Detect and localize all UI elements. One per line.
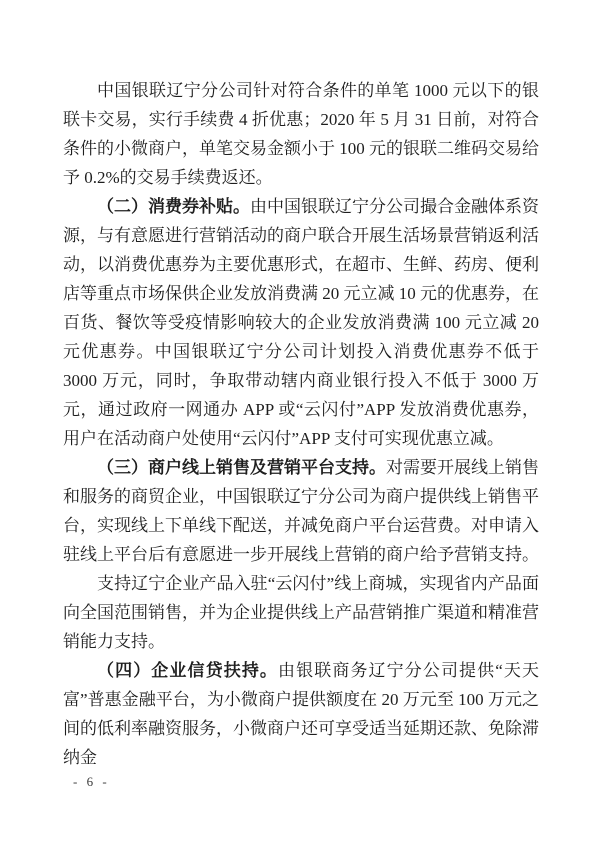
- paragraph-text: 中国银联辽宁分公司针对符合条件的单笔 1000 元以下的银联卡交易，实行手续费 …: [63, 81, 539, 187]
- paragraph-lead: （三）商户线上销售及营销平台支持。: [97, 458, 386, 477]
- page-number: - 6 -: [73, 774, 110, 790]
- paragraph-text: 支持辽宁企业产品入驻“云闪付”线上商城，实现省内产品面向全国范围销售，并为企业提…: [63, 574, 539, 651]
- paragraph-online-mall: 支持辽宁企业产品入驻“云闪付”线上商城，实现省内产品面向全国范围销售，并为企业提…: [63, 569, 539, 656]
- document-page: 中国银联辽宁分公司针对符合条件的单笔 1000 元以下的银联卡交易，实行手续费 …: [0, 0, 600, 854]
- paragraph-coupon-subsidy: （二）消费券补贴。由中国银联辽宁分公司撮合金融体系资源，与有意愿进行营销活动的商…: [63, 192, 539, 453]
- document-body: 中国银联辽宁分公司针对符合条件的单笔 1000 元以下的银联卡交易，实行手续费 …: [63, 76, 539, 772]
- paragraph-credit-support: （四）企业信贷扶持。由银联商务辽宁分公司提供“天天富”普惠金融平台，为小微商户提…: [63, 656, 539, 772]
- paragraph-online-sales-support: （三）商户线上销售及营销平台支持。对需要开展线上销售和服务的商贸企业，中国银联辽…: [63, 453, 539, 569]
- paragraph-lead: （二）消费券补贴。: [97, 197, 250, 216]
- paragraph-text: 由中国银联辽宁分公司撮合金融体系资源，与有意愿进行营销活动的商户联合开展生活场景…: [63, 197, 539, 448]
- paragraph-fee-discount: 中国银联辽宁分公司针对符合条件的单笔 1000 元以下的银联卡交易，实行手续费 …: [63, 76, 539, 192]
- paragraph-lead: （四）企业信贷扶持。: [97, 661, 278, 680]
